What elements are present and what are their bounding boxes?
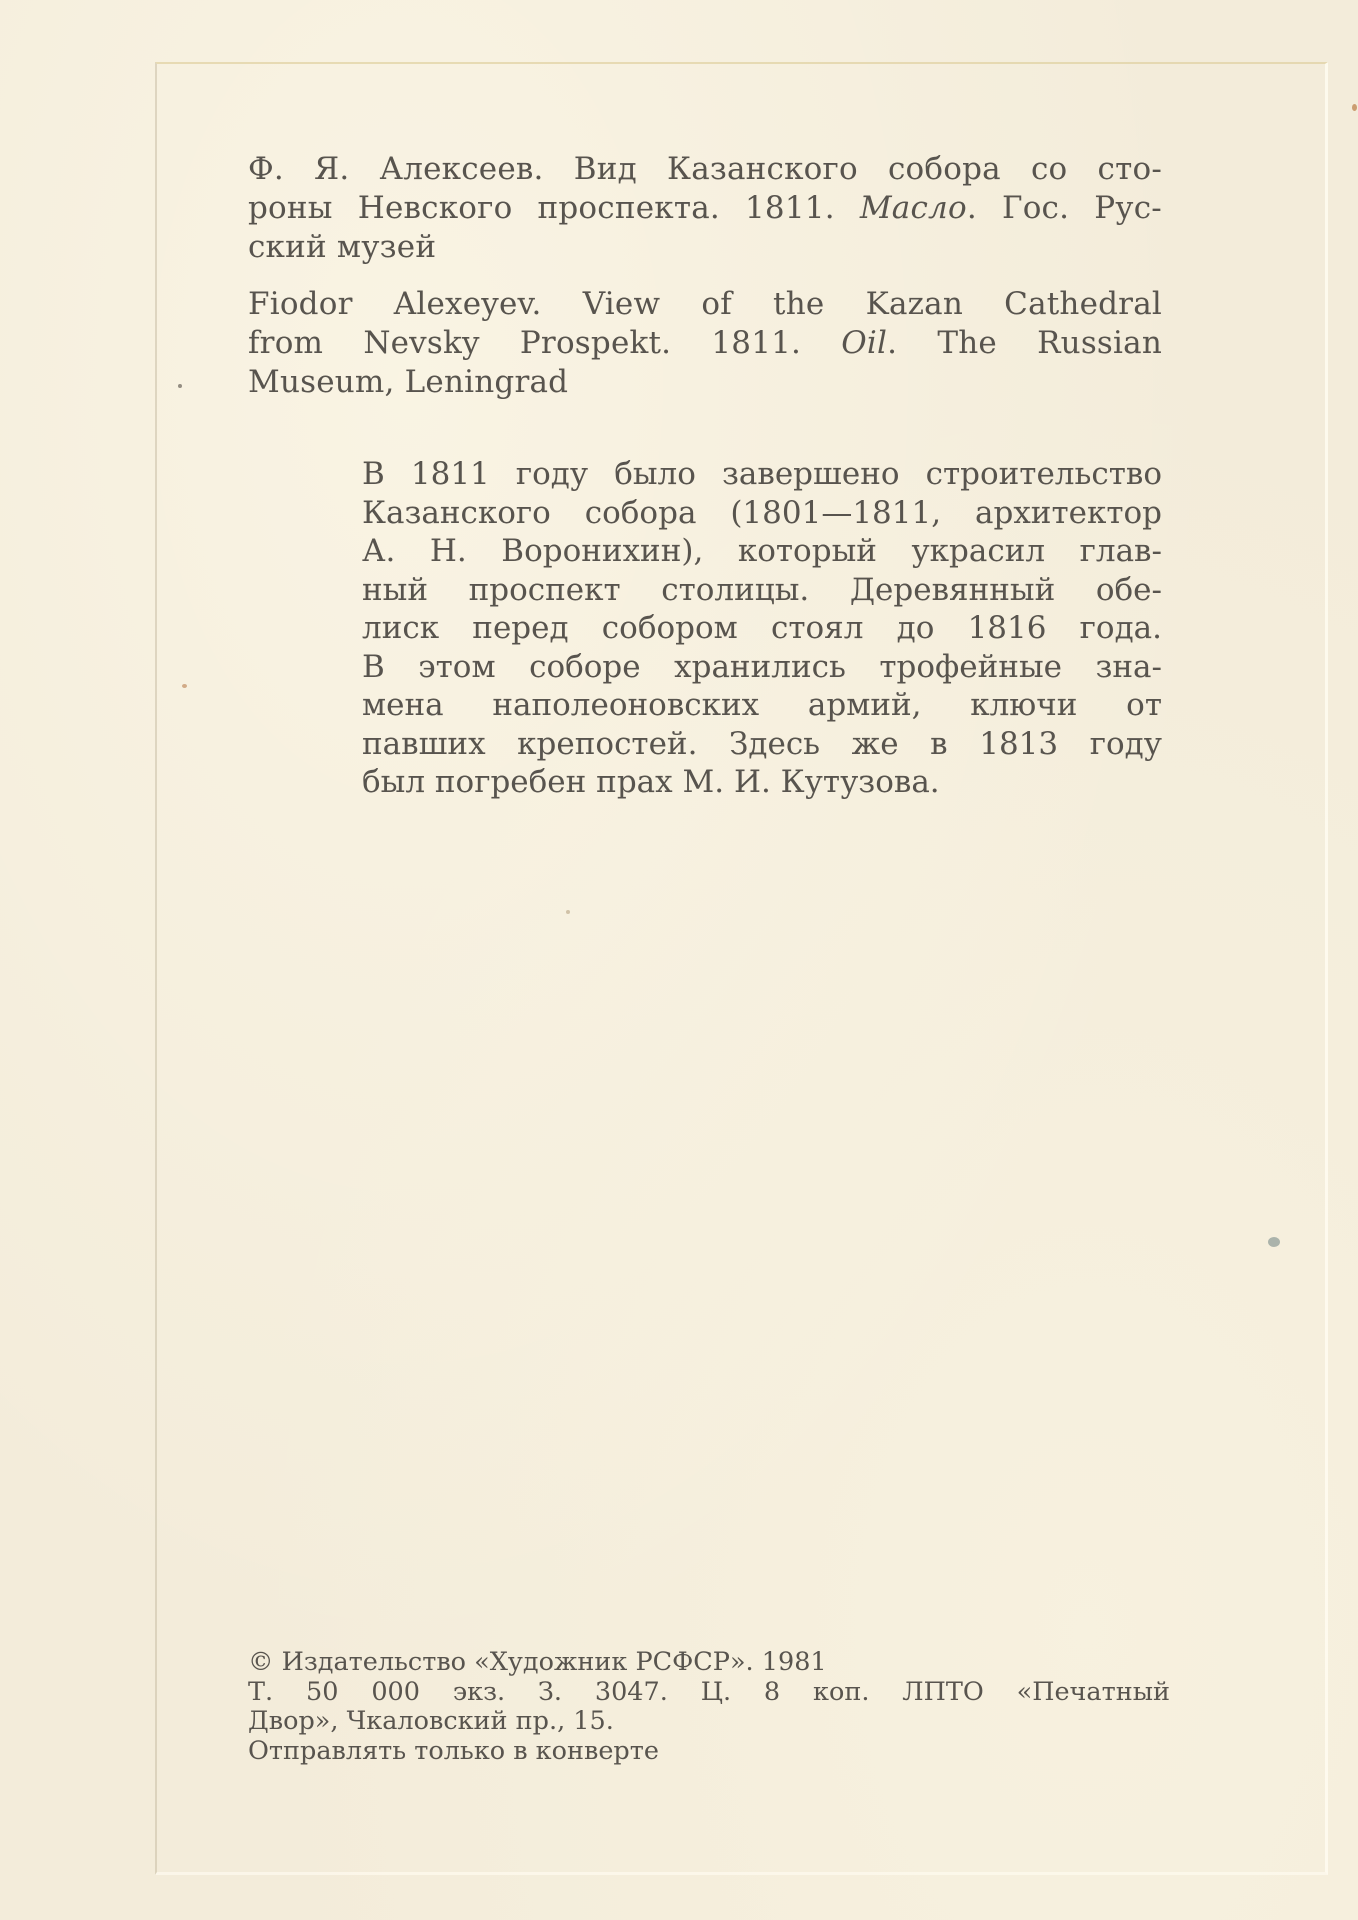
paper-speck [566, 910, 570, 914]
caption-russian: Ф. Я. Алексеев. Вид Казанского собора со… [248, 150, 1162, 267]
paragraph-line: В этом соборе хранились трофейные зна- [362, 648, 1162, 687]
paragraph-line: Казанского собора (1801—1811, архитектор [362, 494, 1162, 533]
caption-ru-line-tail: . Гос. Рус- [967, 190, 1162, 226]
description-paragraph: В 1811 году было завершено строительство… [362, 455, 1162, 802]
paragraph-line: мена наполеоновских армий, ключи от [362, 686, 1162, 725]
paragraph-line: ный проспект столицы. Деревянный обе- [362, 571, 1162, 610]
paragraph-line: В 1811 году было завершено строительство [362, 455, 1162, 494]
medium-label: Oil [841, 325, 887, 361]
caption-ru-line: ский музей [248, 228, 1162, 267]
publisher-imprint: © Издательство «Художник РСФСР». 1981 Т.… [248, 1648, 1170, 1766]
caption-en-line-head: from Nevsky Prospekt. 1811. [248, 325, 801, 361]
paragraph-line: был погребен прах М. И. Кутузова. [362, 763, 1162, 802]
caption-english: Fiodor Alexeyev. View of the Kazan Cathe… [248, 285, 1162, 402]
medium-label: Масло [860, 190, 967, 226]
caption-en-line: Museum, Leningrad [248, 363, 1162, 402]
copyright-line: © Издательство «Художник РСФСР». 1981 [248, 1648, 1170, 1678]
paper-speck [1352, 104, 1357, 111]
paragraph-line: павших крепостей. Здесь же в 1813 году [362, 725, 1162, 764]
paragraph-line: А. Н. Воронихин), который украсил глав- [362, 532, 1162, 571]
mailing-note-line: Отправлять только в конверте [248, 1737, 1170, 1767]
caption-ru-line: роны Невского проспекта. 1811. Масло. Го… [248, 189, 1162, 228]
printer-address-line: Двор», Чкаловский пр., 15. [248, 1707, 1170, 1737]
paragraph-line: лиск перед собором стоял до 1816 года. [362, 609, 1162, 648]
paper-speck [178, 384, 182, 388]
caption-ru-line-head: роны Невского проспекта. 1811. [248, 190, 835, 226]
caption-en-line: from Nevsky Prospekt. 1811. Oil. The Rus… [248, 324, 1162, 363]
print-run-line: Т. 50 000 экз. З. 3047. Ц. 8 коп. ЛПТО «… [248, 1678, 1170, 1708]
caption-en-line-tail: . The Russian [887, 325, 1162, 361]
caption-ru-line: Ф. Я. Алексеев. Вид Казанского собора со… [248, 150, 1162, 189]
caption-en-line: Fiodor Alexeyev. View of the Kazan Cathe… [248, 285, 1162, 324]
paper-speck [1268, 1237, 1280, 1247]
paper-speck [182, 684, 187, 688]
